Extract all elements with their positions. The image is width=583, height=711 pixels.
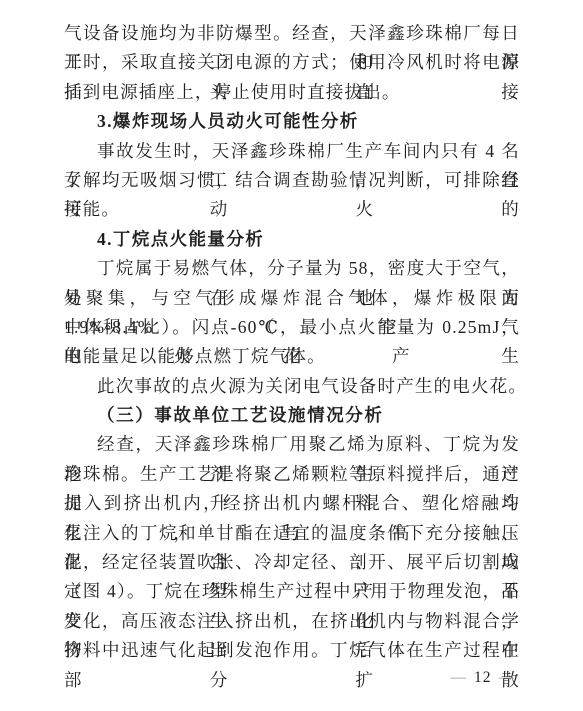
page-number: —12—: [447, 668, 520, 688]
page-number-left-dash: —: [447, 669, 472, 686]
heading-line: 3.爆炸现场人员动火可能性分析: [64, 107, 520, 136]
heading-line: （三）事故单位工艺设施情况分析: [64, 401, 520, 430]
text-line: 工时，采取直接关闭电源的方式；使用冷风机时将电源插头直接: [64, 48, 520, 77]
page-number-value: 12: [471, 669, 495, 686]
text-line: 中体积占比）。闪点-60℃，最小点火能量为 0.25mJ，电火花产生: [64, 313, 520, 342]
text-line: 经查，天泽鑫珍珠棉厂用聚乙烯为原料、丁烷为发泡剂生产: [64, 430, 520, 459]
text-line: 化，经定径装置吹胀、冷却定径、剖开、展平后切割成定型产品: [64, 548, 520, 577]
text-line: 丁烷属于易燃气体，分子量为 58，密度大于空气，易在地面: [64, 254, 520, 283]
text-line: 气设备设施均为非防爆型。经查，天泽鑫珍珠棉厂每日开工和停: [64, 19, 520, 48]
text-block: 气设备设施均为非防爆型。经查，天泽鑫珍珠棉厂每日开工和停工时，采取直接关闭电源的…: [64, 19, 520, 666]
text-line: 处聚集，与空气形成爆炸混合气体，爆炸极限为 1.9%-8.4%（空气: [64, 284, 520, 313]
text-line: 加入到挤出机内，经挤出机内螺杆混合、塑化熔融均化，与高压: [64, 489, 520, 518]
text-line: 此次事故的点火源为关闭电气设备时产生的电火花。: [64, 372, 520, 401]
text-line: 珍珠棉。生产工艺是将聚乙烯颗粒等原料搅拌后，通过提升料斗: [64, 460, 520, 489]
heading-line: 4.丁烷点火能量分析: [64, 225, 520, 254]
document-page: 气设备设施均为非防爆型。经查，天泽鑫珍珠棉厂每日开工和停工时，采取直接关闭电源的…: [0, 0, 583, 711]
text-line: 事故发生时，天泽鑫珍珠棉厂生产车间内只有 4 名女工，经: [64, 137, 520, 166]
page-number-right-dash: —: [495, 669, 520, 686]
text-line: 泵注入的丁烷和单甘酯在适宜的温度条件下充分接触、混合、均: [64, 519, 520, 548]
text-line: （图 4）。丁烷在珍珠棉生产过程中只用于物理发泡，不发生化学: [64, 577, 520, 606]
text-line: 物料中迅速气化起到发泡作用。丁烷气体在生产过程中部分扩散: [64, 636, 520, 665]
text-line: 变化，高压液态注入挤出机，在挤出机内与物料混合，挤出后在: [64, 607, 520, 636]
text-line: 了解均无吸烟习惯，结合调查勘验情况判断，可排除直接动火的: [64, 166, 520, 195]
